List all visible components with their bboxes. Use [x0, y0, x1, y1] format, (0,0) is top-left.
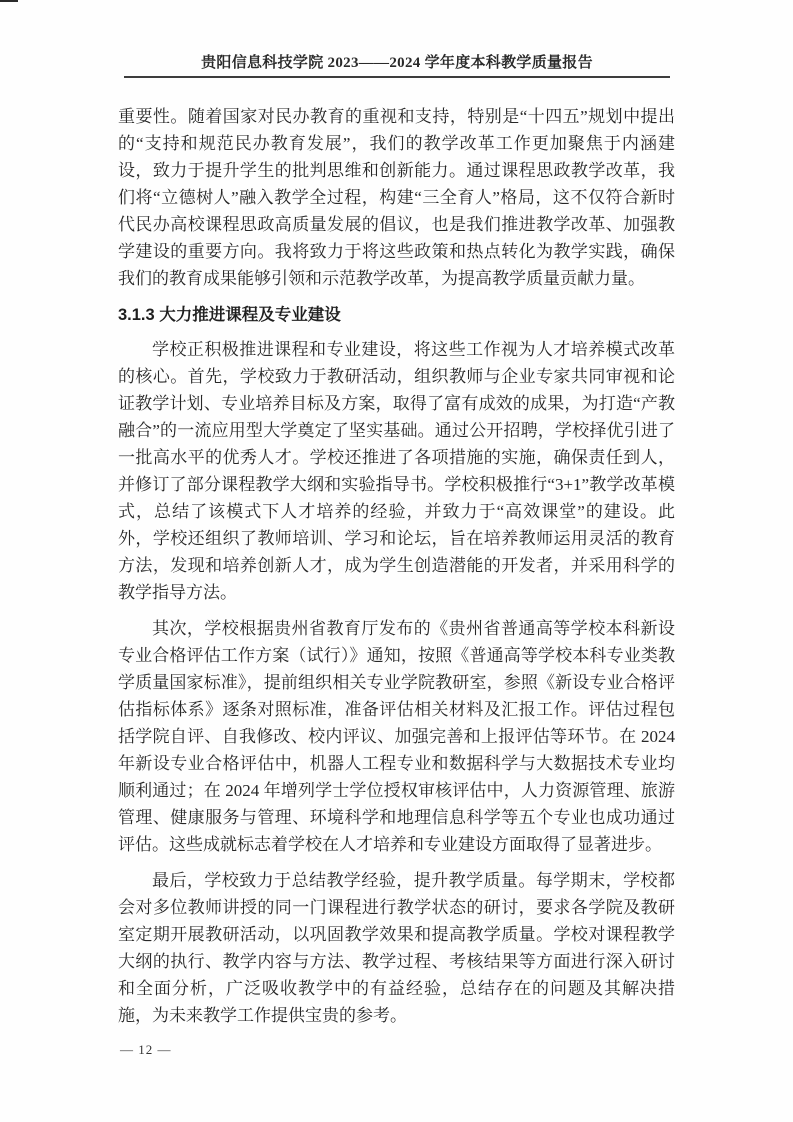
paragraph-course-construction: 学校正积极推进课程和专业建设，将这些工作视为人才培养模式改革的核心。首先，学校致… [118, 336, 675, 606]
page-footer: — 12 — [120, 1042, 172, 1058]
running-header-title: 贵阳信息科技学院 2023——2024 学年度本科教学质量报告 [124, 53, 670, 78]
page-header: 贵阳信息科技学院 2023——2024 学年度本科教学质量报告 [124, 0, 670, 78]
paragraph-major-evaluation: 其次，学校根据贵州省教育厅发布的《贵州省普通高等学校本科新设专业合格评估工作方案… [118, 615, 675, 858]
section-heading-3-1-3: 3.1.3 大力推进课程及专业建设 [118, 302, 675, 329]
paragraph-continuation: 重要性。随着国家对民办教育的重视和支持，特别是“十四五”规划中提出的“支持和规范… [118, 103, 675, 292]
page-number: — 12 — [120, 1042, 172, 1057]
paragraph-teaching-summary: 最后，学校致力于总结教学经验，提升教学质量。每学期末，学校都会对多位教师讲授的同… [118, 867, 675, 1029]
scan-artifact-line [0, 0, 18, 2]
document-page: 贵阳信息科技学院 2023——2024 学年度本科教学质量报告 重要性。随着国家… [0, 0, 793, 1122]
page-content: 重要性。随着国家对民办教育的重视和支持，特别是“十四五”规划中提出的“支持和规范… [118, 103, 675, 1038]
